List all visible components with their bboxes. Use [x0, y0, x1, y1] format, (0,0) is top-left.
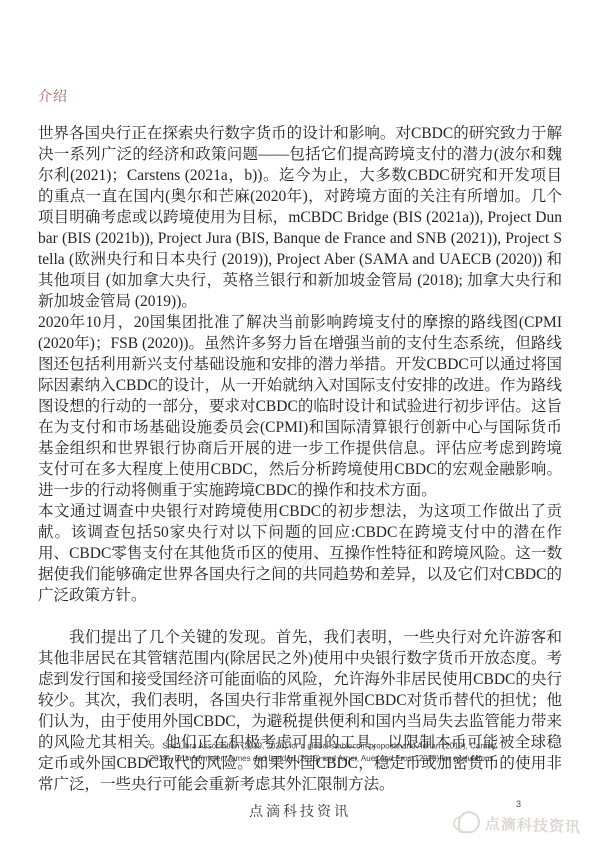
paragraph-survey-contribution: 本文通过调查中央银行对跨境使用CBDC的初步想法，为这项工作做出了贡献。该调查包…: [38, 501, 562, 606]
page-content: 介绍 世界各国央行正在探索央行数字货币的设计和影响。对CBDC的研究致力于解决一…: [38, 86, 562, 795]
paragraph-cbdc-exploration: 世界各国央行正在探索央行数字货币的设计和影响。对CBDC的研究致力于解决一系列广…: [38, 123, 562, 312]
section-title: 介绍: [38, 86, 562, 106]
footnote-text: See Libra Association (2019, 2020) for a…: [147, 742, 496, 763]
paragraph-key-findings: 我们提出了几个关键的发现。首先，我们表明，一些央行对允许游客和其他非居民在其管辖…: [38, 627, 562, 795]
paragraph-g20-roadmap: 2020年10月，20国集团批准了解决当前影响跨境支付的摩擦的路线图(CPMI …: [38, 312, 562, 501]
page-number: 3: [516, 799, 521, 809]
footnote-marker: 2: [147, 741, 150, 747]
footer-brand: 点滴科技资讯: [0, 801, 600, 821]
footnote: 2See Libra Association (2019, 2020) for …: [147, 738, 499, 765]
document-page: 点滴科技资讯 介绍 世界各国央行正在探索央行数字货币的设计和影响。对CBDC的研…: [0, 0, 600, 849]
